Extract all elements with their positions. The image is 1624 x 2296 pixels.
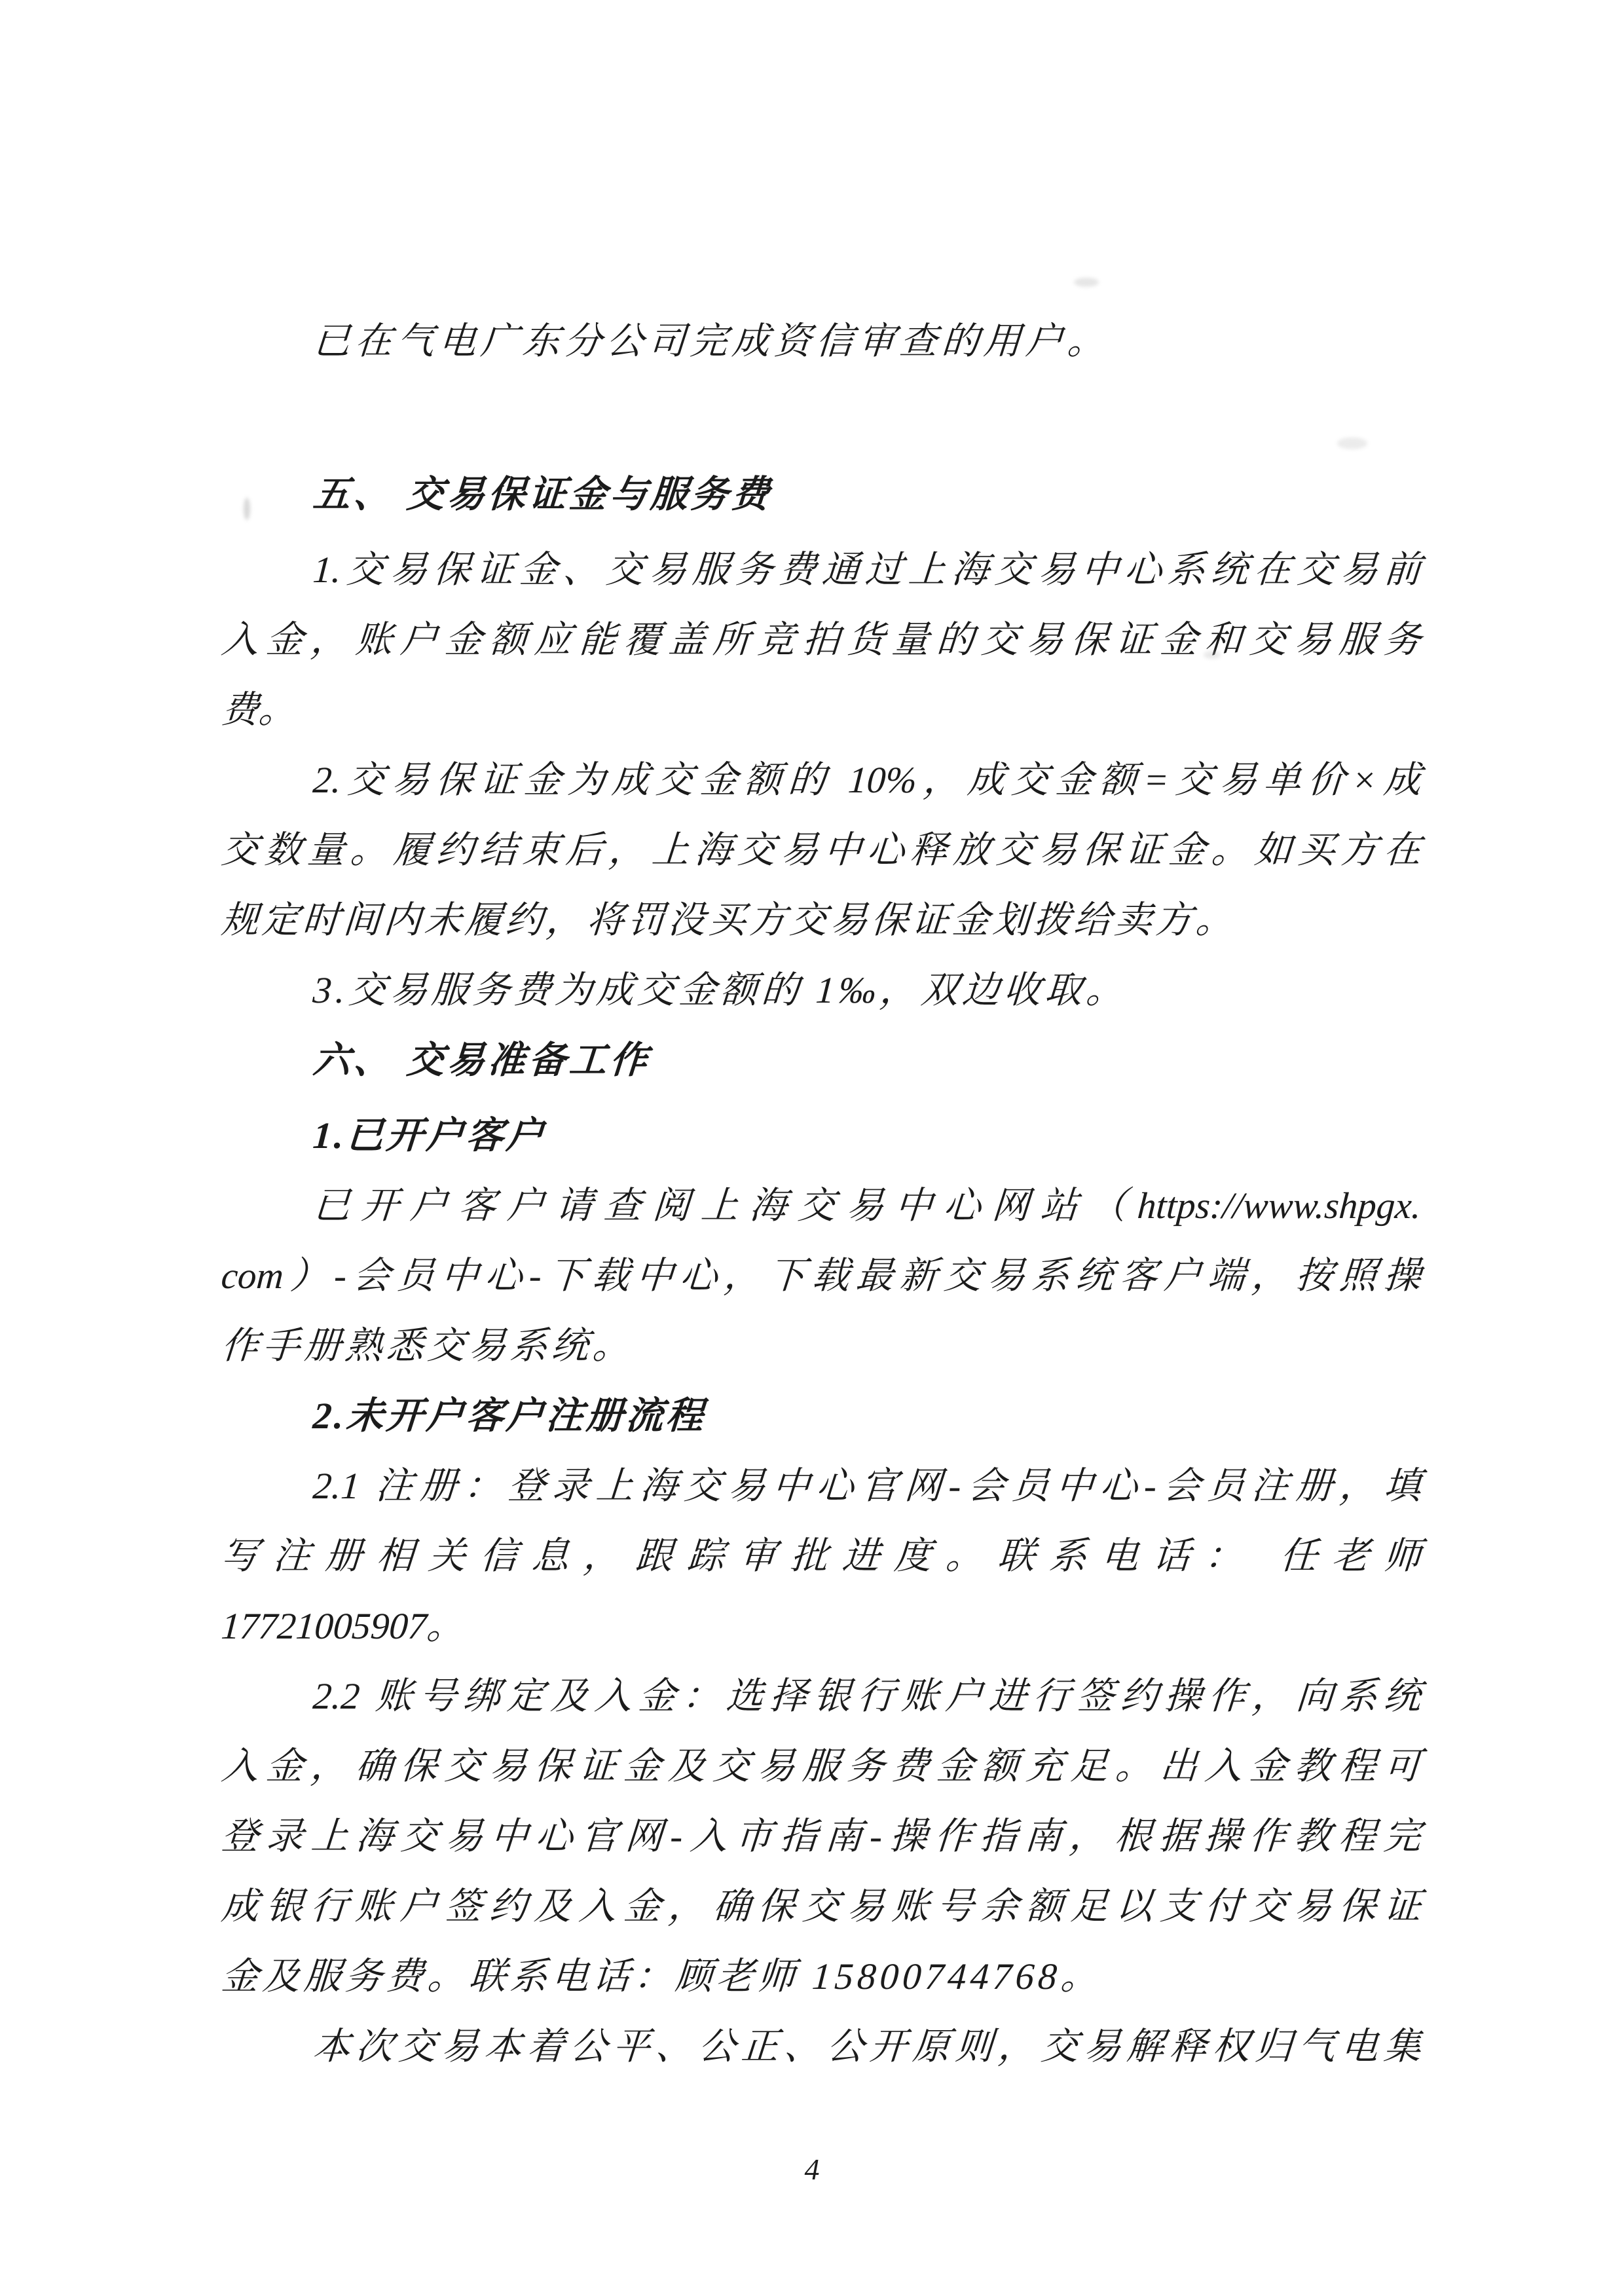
page-number: 4	[0, 2152, 1624, 2187]
text-line: 登录上海交易中心官网-入市指南-操作指南，根据操作教程完	[219, 1802, 1423, 1872]
scan-artifact	[1337, 437, 1367, 449]
text-line: com）-会员中心-下载中心，下载最新交易系统客户端，按照操	[219, 1241, 1423, 1311]
text-line: 已在气电广东分公司完成资信审查的用户。	[219, 306, 1423, 377]
scan-artifact	[1074, 278, 1099, 287]
blank-line	[221, 377, 1421, 460]
text-line: 金及服务费。联系电话：顾老师 15800744768。	[219, 1942, 1423, 2012]
text-line: 费。	[219, 675, 1423, 745]
section-heading-5: 五、 交易保证金与服务费	[219, 460, 1423, 530]
text-line: 交数量。履约结束后，上海交易中心释放交易保证金。如买方在	[219, 815, 1423, 885]
text-block: 已在气电广东分公司完成资信审查的用户。 五、 交易保证金与服务费 1.交易保证金…	[221, 306, 1421, 2082]
section-heading-6: 六、 交易准备工作	[219, 1026, 1423, 1096]
text-line: 2.交易保证金为成交金额的 10%，成交金额=交易单价×成	[219, 745, 1423, 815]
text-line: 1.交易保证金、交易服务费通过上海交易中心系统在交易前	[219, 535, 1423, 605]
text-line: 3.交易服务费为成交金额的 1‰，双边收取。	[219, 955, 1423, 1026]
subheading-registration-flow: 2.未开户客户注册流程	[219, 1381, 1423, 1451]
document-page: 已在气电广东分公司完成资信审查的用户。 五、 交易保证金与服务费 1.交易保证金…	[0, 0, 1624, 2296]
text-line: 17721005907。	[219, 1591, 1423, 1661]
text-line: 入金，账户金额应能覆盖所竞拍货量的交易保证金和交易服务	[219, 605, 1423, 675]
scan-artifact	[1204, 651, 1221, 659]
text-line: 2.1 注册：登录上海交易中心官网-会员中心-会员注册，填	[219, 1451, 1423, 1521]
text-line: 2.2 账号绑定及入金：选择银行账户进行签约操作，向系统	[219, 1661, 1423, 1731]
text-line: 规定时间内未履约，将罚没买方交易保证金划拨给卖方。	[219, 885, 1423, 955]
text-line: 已开户客户请查阅上海交易中心网站（https://www.shpgx.	[219, 1171, 1423, 1241]
text-line: 成银行账户签约及入金，确保交易账号余额足以支付交易保证	[219, 1872, 1423, 1942]
scan-artifact	[244, 498, 250, 520]
text-line: 本次交易本着公平、公正、公开原则，交易解释权归气电集	[219, 2012, 1423, 2082]
subheading-opened-customers: 1.已开户客户	[219, 1101, 1423, 1171]
text-line: 入金，确保交易保证金及交易服务费金额充足。出入金教程可	[219, 1731, 1423, 1802]
text-line: 写注册相关信息，跟踪审批进度。联系电话： 任老师	[219, 1521, 1423, 1591]
text-line: 作手册熟悉交易系统。	[219, 1311, 1423, 1381]
